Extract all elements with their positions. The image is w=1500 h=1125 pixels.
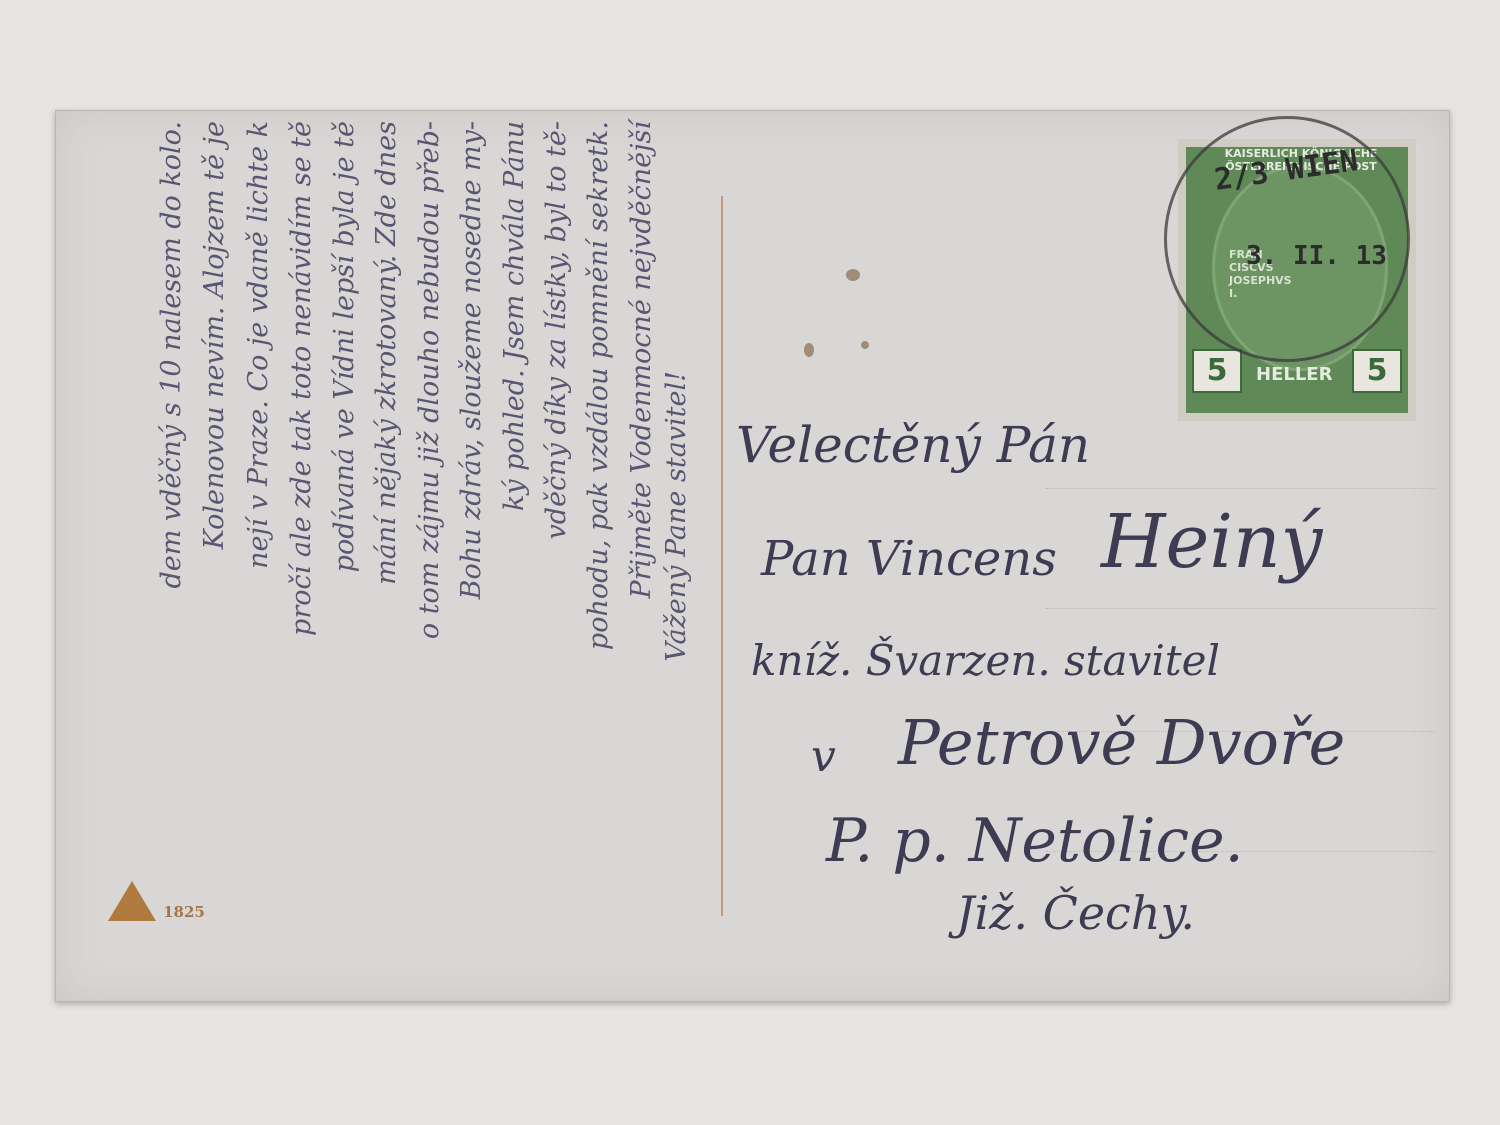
handwritten-message: Vážený Pane stavitel! Přijměte Vodenmocn… [71, 121, 711, 981]
message-line: vděčný díky za lístky, byl to tě- [541, 121, 572, 539]
publisher-mark: 1825 [108, 881, 205, 921]
address-honorific: Velectěný Pán [736, 416, 1090, 474]
message-line: pročí ale zde tak toto nenávidím se tě [286, 121, 317, 636]
address-preposition: v [811, 731, 836, 782]
postcard-reverse: Vážený Pane stavitel! Přijměte Vodenmocn… [55, 110, 1450, 1002]
message-line: pohodu, pak vzdálou pomnění sekretk. [583, 121, 614, 650]
address-post-office: P. p. Netolice. [826, 806, 1244, 876]
address-surname: Heiný [1101, 499, 1322, 585]
message-line: dem vděčný s 10 nalesem do kolo. [156, 121, 187, 589]
stamp-value-right: 5 [1352, 349, 1402, 393]
stain [861, 341, 869, 349]
center-divider-line [721, 196, 723, 916]
stamp-currency: HELLER [1256, 364, 1332, 385]
message-line: Přijměte Vodenmocné nejvděčnější [626, 121, 657, 599]
address-given-name: Pan Vincens [761, 531, 1057, 587]
publisher-number: 1825 [163, 903, 205, 921]
message-line: o tom zájmu již dlouho nebudou přeb- [414, 121, 445, 639]
address-guide-line [1046, 608, 1436, 609]
stamp-value-left: 5 [1192, 349, 1242, 393]
message-line: Vážený Pane stavitel! [661, 371, 692, 662]
message-line: Kolenovou nevím. Alojzem tě je [199, 121, 230, 549]
message-line: mání nějaký zkrotovaný. Zde dnes [371, 121, 402, 585]
address-region: Již. Čechy. [956, 886, 1195, 940]
address-guide-line [1046, 488, 1436, 489]
stain [804, 343, 814, 357]
message-line: nejí v Praze. Co je vdaně lichte k [243, 121, 274, 569]
stain [846, 269, 860, 281]
message-line: ký pohled. Jsem chvála Pánu [499, 121, 530, 511]
publisher-triangle-logo-icon [108, 881, 156, 921]
address-occupation: kníž. Švarzen. stavitel [751, 636, 1220, 685]
message-line: Bohu zdráv, sloužeme nosedne my- [456, 121, 487, 599]
address-locality: Petrově Dvoře [898, 706, 1345, 779]
message-line: podívaná ve Vídni lepší byla je tě [329, 121, 360, 572]
postmark-date: 3. II. 13 [1246, 241, 1387, 271]
